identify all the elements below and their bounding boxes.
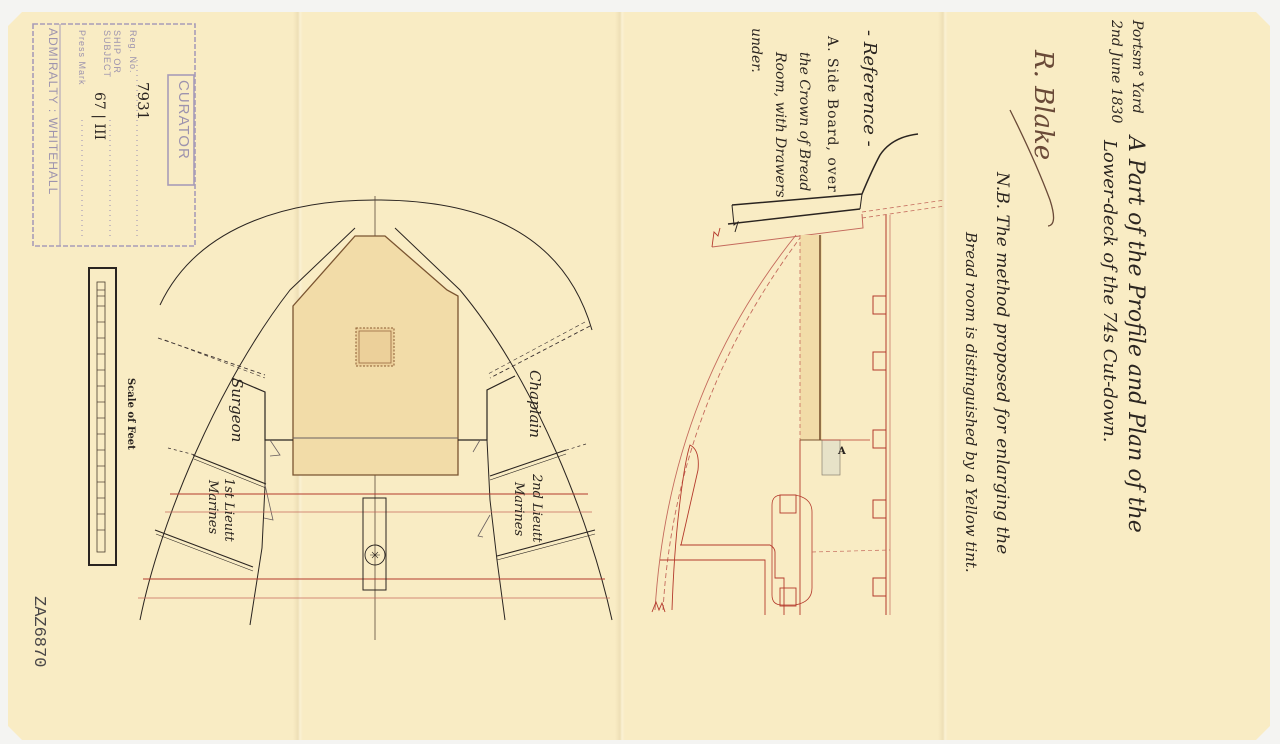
title-line-2: Lower-deck of the 74s Cut-down. (1099, 140, 1120, 442)
label-chaplain: Chaplain (526, 370, 544, 438)
stamp-press-label: Press Mark (77, 30, 87, 86)
reference-line-4: under. (748, 28, 764, 73)
reference-line-2: the Crown of Bread (796, 52, 812, 191)
label-2nd-marines: Marines (511, 482, 526, 536)
reference-line-3: Room, with Drawers (772, 52, 788, 198)
note-line-1: N.B. The method proposed for enlarging t… (992, 172, 1012, 554)
scale-bar (89, 268, 116, 565)
reference-line-1: A. Side Board, over (824, 36, 840, 193)
reference-heading: - Reference - (859, 30, 880, 147)
signature: R. Blake (1028, 50, 1058, 160)
archive-id: ZAZ6870 (29, 596, 48, 667)
title-line-1: A Part of the Profile and Plan of the (1123, 136, 1148, 533)
stamp-curator: CURATOR (175, 80, 192, 160)
stamp-subject-label: SUBJECT (102, 30, 112, 78)
label-2nd-lieut: 2nd Lieutt (529, 474, 544, 542)
note-line-2: Bread room is distinguished by a Yellow … (962, 232, 980, 573)
label-1st-lieut: 1st Lieutt (221, 478, 236, 542)
yard-line-2: 2nd June 1830 (1108, 20, 1124, 123)
stamp-reg-value: 7931 (134, 82, 152, 120)
marker-a: A (838, 446, 846, 457)
stamp-ship-label: SHIP OR (112, 30, 122, 74)
ship-plan-drawing (0, 0, 1280, 744)
scale-label: Scale of Feet (125, 378, 136, 450)
stamp-reg-label: Reg. No. (128, 30, 138, 74)
stamp-press-value: 67 | III (91, 92, 107, 140)
label-surgeon: Surgeon (228, 378, 246, 442)
label-1st-marines: Marines (205, 480, 220, 534)
deck-profile (652, 134, 945, 615)
yard-line-1: Portsm° Yard (1129, 20, 1145, 114)
stamp-footer: ADMIRALTY : WHITEHALL (46, 28, 60, 195)
